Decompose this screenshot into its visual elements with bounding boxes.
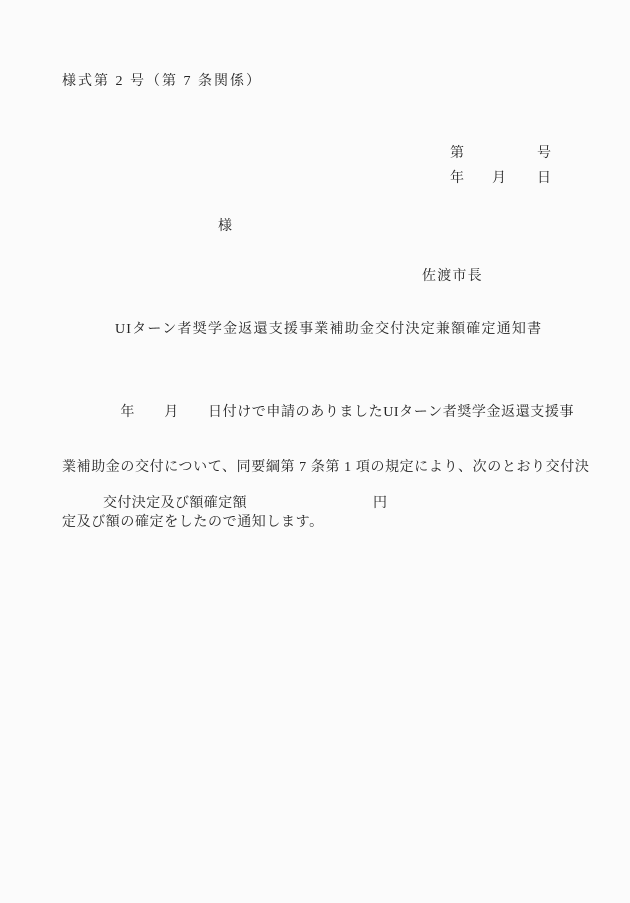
reference-number-prefix: 第 [450, 146, 465, 161]
amount-label: 交付決定及び額確定額 [103, 496, 247, 511]
body-line-2: 業補助金の交付について、同要綱第 7 条第 1 項の規定により、次のとおり交付決 [62, 455, 589, 480]
body-line-1: 年 月 日付けで申請のありましたUIターン者奨学金返還支援事 [62, 400, 589, 425]
document-title: UIターン者奨学金返還支援事業補助金交付決定兼額確定通知書 [115, 322, 542, 337]
document-page: 様式第 2 号（第 7 条関係） 第 号 年 月 日 様 佐渡市長 UIターン者… [0, 0, 630, 903]
form-number-label: 様式第 2 号（第 7 条関係） [62, 74, 262, 89]
date-day-label: 日 [537, 171, 552, 186]
date-year-label: 年 [450, 171, 465, 186]
amount-unit-label: 円 [373, 496, 388, 511]
body-paragraph: 年 月 日付けで申請のありましたUIターン者奨学金返還支援事 業補助金の交付につ… [62, 370, 589, 565]
sender-name: 佐渡市長 [422, 269, 483, 284]
body-line-3: 定及び額の確定をしたので通知します。 [62, 510, 589, 535]
addressee-honorific: 様 [218, 219, 233, 234]
reference-number-suffix: 号 [537, 146, 552, 161]
date-month-label: 月 [492, 171, 507, 186]
